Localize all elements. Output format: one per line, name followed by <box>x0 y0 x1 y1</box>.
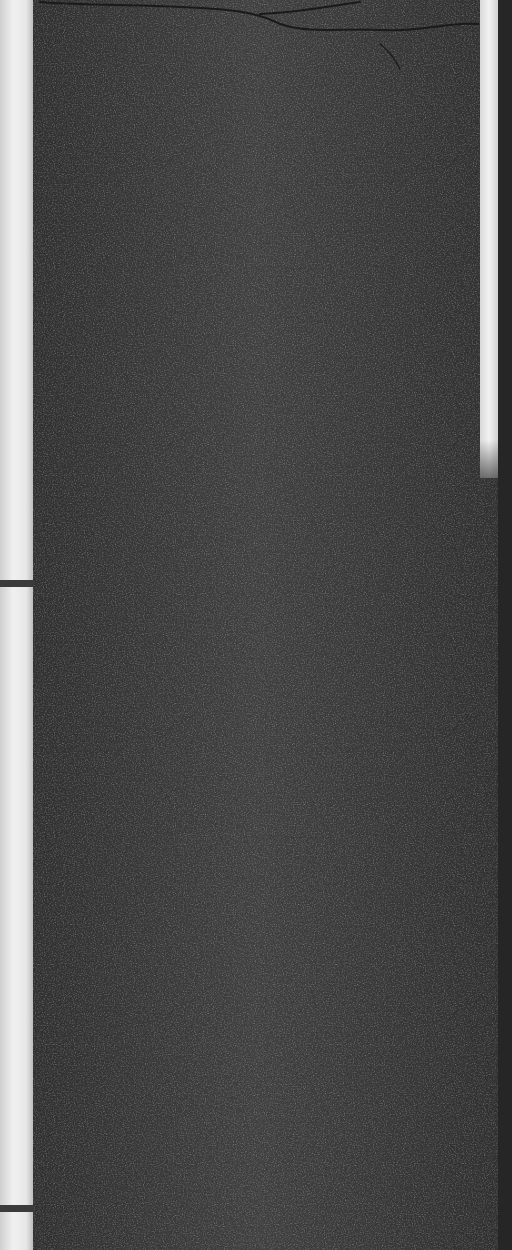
asphalt-texture <box>0 0 512 1250</box>
edge-line-seam <box>0 580 34 587</box>
right-shoulder <box>498 0 512 1250</box>
right-lane-line <box>480 0 498 478</box>
edge-line-seam <box>0 1205 34 1212</box>
left-edge-line <box>0 0 33 1250</box>
road-surface-photo <box>0 0 512 1250</box>
lane-line-end <box>480 440 498 478</box>
